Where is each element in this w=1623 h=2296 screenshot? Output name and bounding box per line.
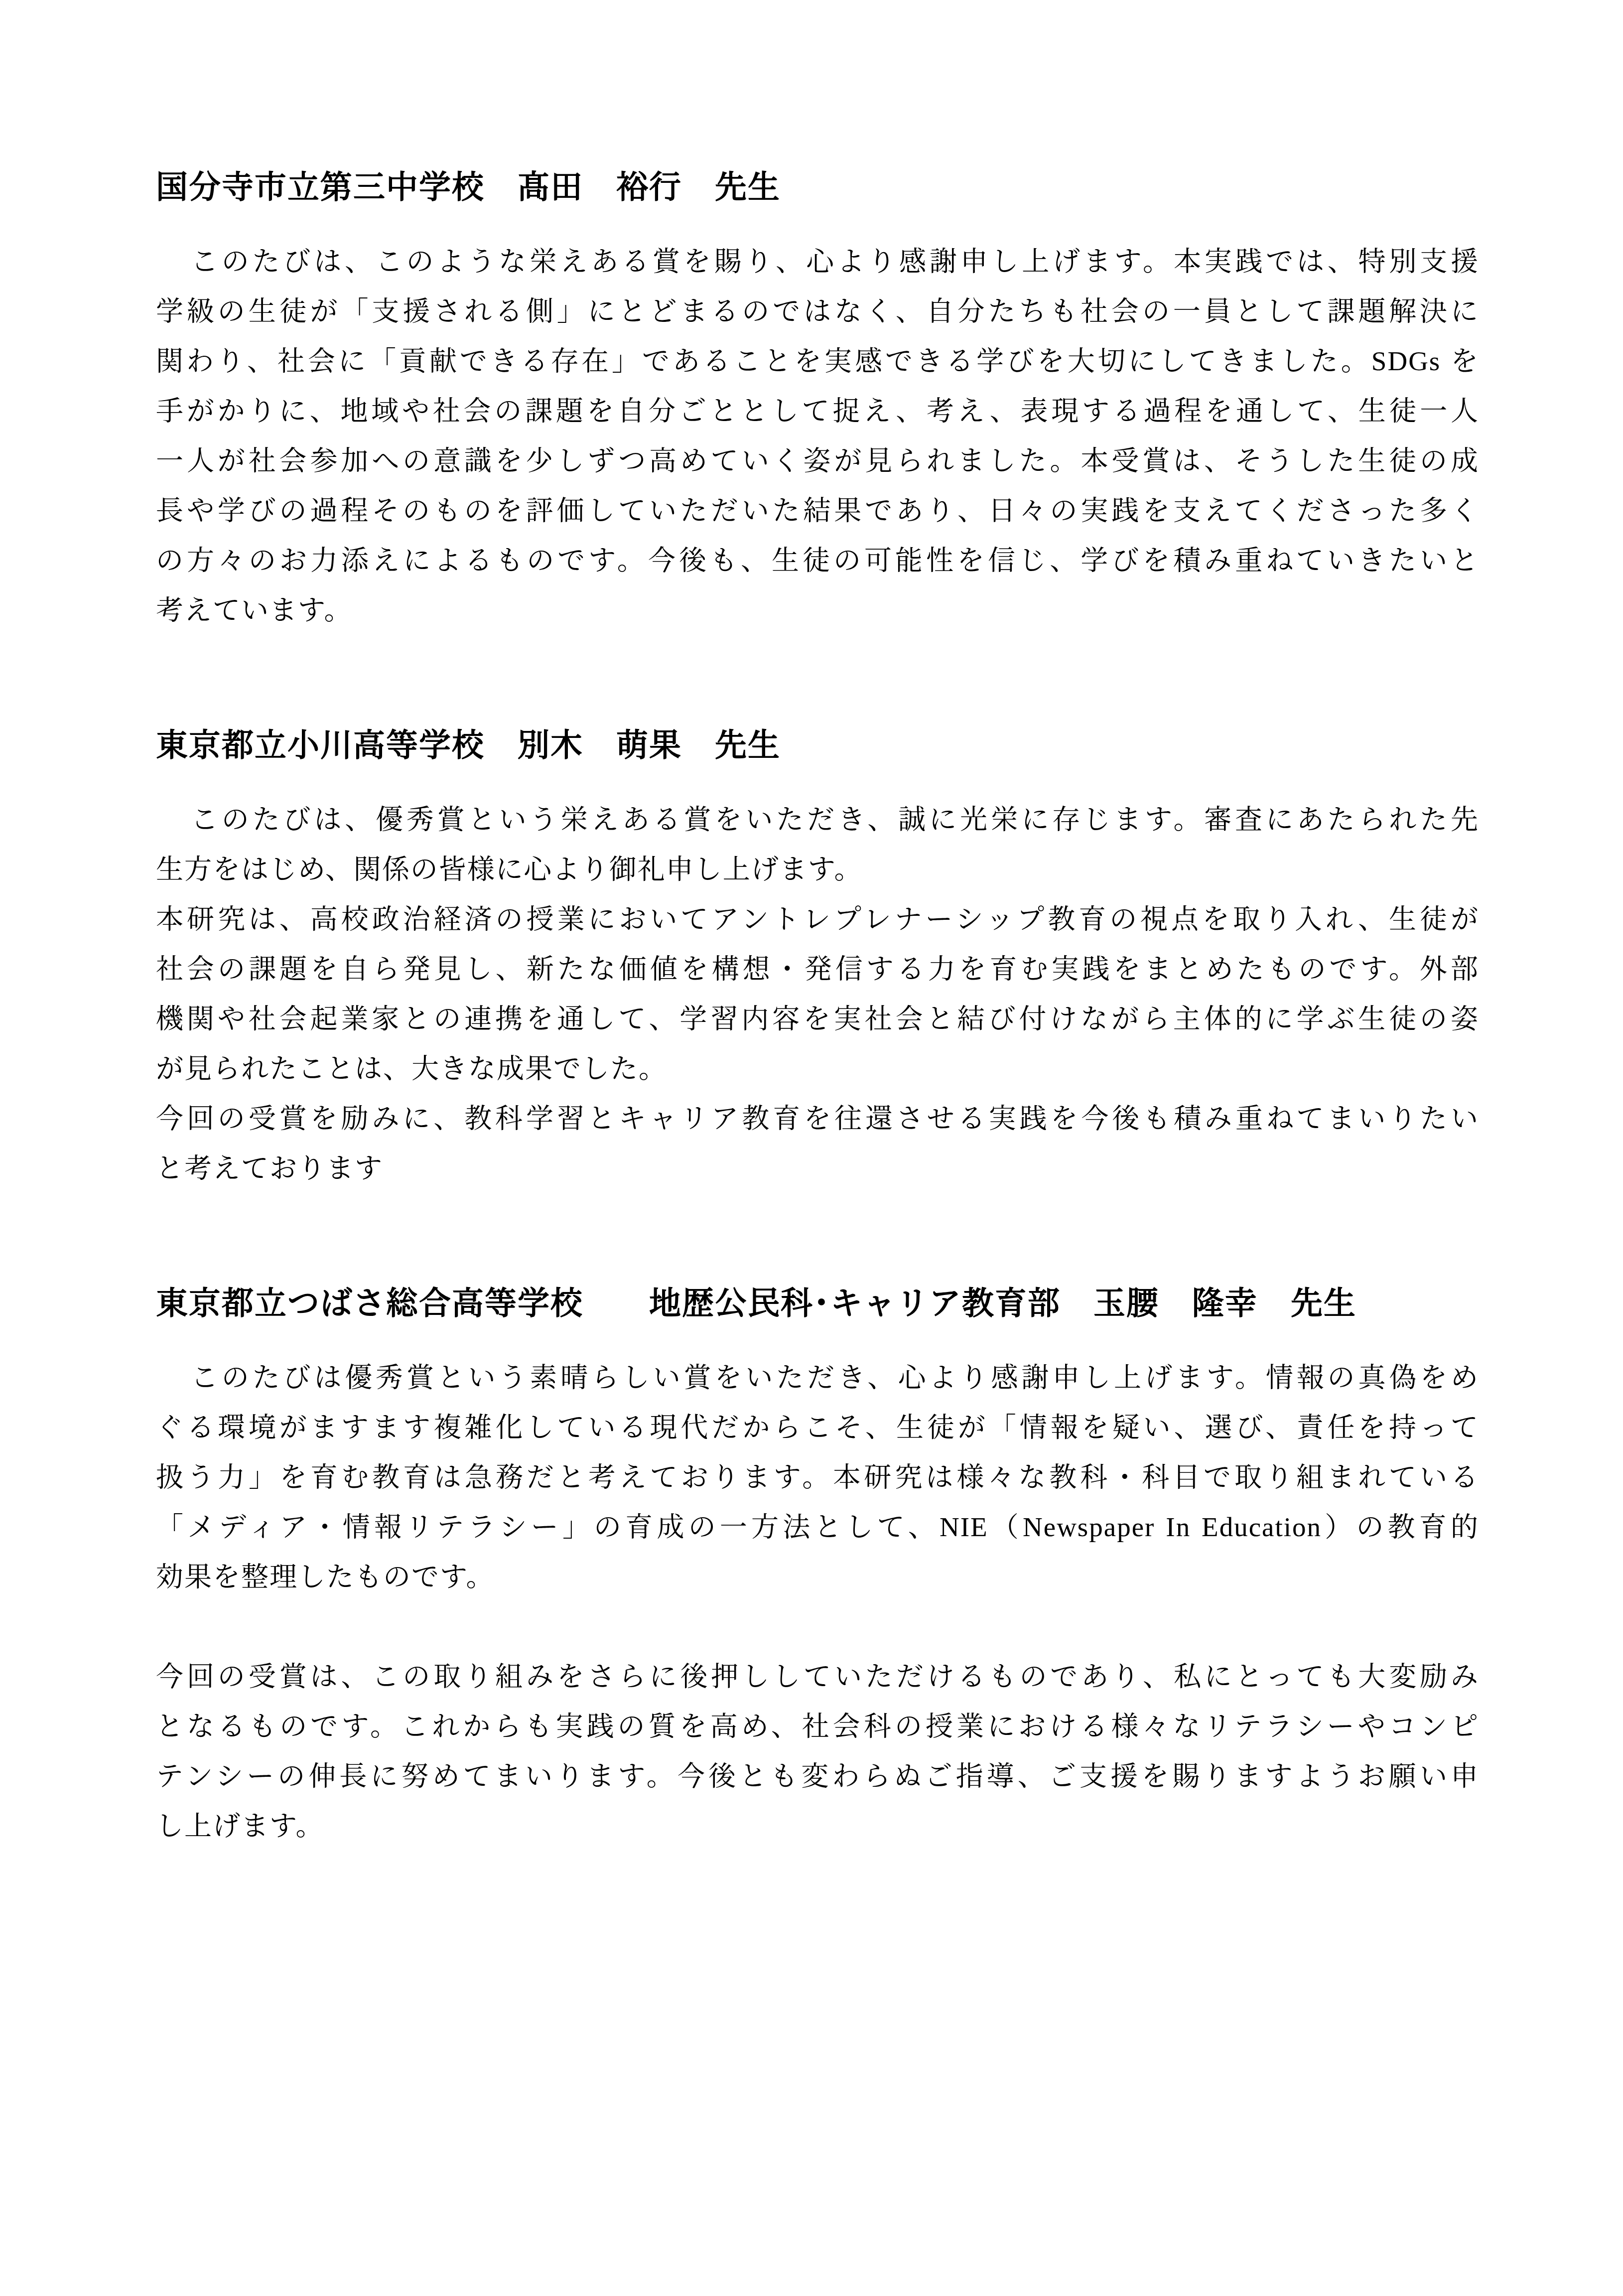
text-line: 効果を整理したものです。: [156, 1552, 1479, 1602]
text-line: 手がかりに、地域や社会の課題を自分ごととして捉え、考え、表現する過程を通して、生…: [156, 386, 1479, 436]
text-line: 長や学びの過程そのものを評価していただいた結果であり、日々の実践を支えてくださっ…: [156, 486, 1479, 536]
text-line: テンシーの伸長に努めてまいります。今後とも変わらぬご指導、ご支援を賜りますようお…: [156, 1751, 1479, 1801]
text-line: 学級の生徒が「支援される側」にとどまるのではなく、自分たちも社会の一員として課題…: [156, 287, 1479, 336]
paragraph: このたびは優秀賞という素晴らしい賞をいただき、心より感謝申し上げます。情報の真偽…: [156, 1353, 1479, 1602]
text-line: となるものです。これからも実践の質を高め、社会科の授業における様々なリテラシーや…: [156, 1702, 1479, 1751]
text-line: し上げます。: [156, 1801, 1479, 1851]
section-tsubasa: 東京都立つばさ総合高等学校 地歴公民科･キャリア教育部 玉腰 隆幸 先生 このた…: [156, 1278, 1479, 1851]
text-line: 今回の受賞を励みに、教科学習とキャリア教育を往還させる実践を今後も積み重ねてまい…: [156, 1094, 1479, 1144]
text-line: このたびは優秀賞という素晴らしい賞をいただき、心より感謝申し上げます。情報の真偽…: [156, 1353, 1479, 1403]
text-line: 一人が社会参加への意識を少しずつ高めていく姿が見られました。本受賞は、そうした生…: [156, 436, 1479, 486]
section-heading: 東京都立つばさ総合高等学校 地歴公民科･キャリア教育部 玉腰 隆幸 先生: [156, 1278, 1479, 1328]
text-line: が見られたことは、大きな成果でした。: [156, 1044, 1479, 1094]
section-ogawa: 東京都立小川高等学校 別木 萌果 先生 このたびは、優秀賞という栄えある賞をいた…: [156, 720, 1479, 1193]
section-heading: 東京都立小川高等学校 別木 萌果 先生: [156, 720, 1479, 770]
text-line: このたびは、このような栄えある賞を賜り、心より感謝申し上げます。本実践では、特別…: [156, 237, 1479, 287]
text-line: 扱う力」を育む教育は急務だと考えております。本研究は様々な教科・科目で取り組まれ…: [156, 1452, 1479, 1502]
paragraph: 本研究は、高校政治経済の授業においてアントレプレナーシップ教育の視点を取り入れ、…: [156, 894, 1479, 1094]
paragraph: 今回の受賞を励みに、教科学習とキャリア教育を往還させる実践を今後も積み重ねてまい…: [156, 1094, 1479, 1193]
text-line: 生方をはじめ、関係の皆様に心より御礼申し上げます。: [156, 845, 1479, 894]
text-line: の方々のお力添えによるものです。今後も、生徒の可能性を信じ、学びを積み重ねていき…: [156, 536, 1479, 585]
text-line: 本研究は、高校政治経済の授業においてアントレプレナーシップ教育の視点を取り入れ、…: [156, 894, 1479, 944]
paragraph: このたびは、このような栄えある賞を賜り、心より感謝申し上げます。本実践では、特別…: [156, 237, 1479, 635]
paragraph: 今回の受賞は、この取り組みをさらに後押ししていただけるものであり、私にとっても大…: [156, 1652, 1479, 1851]
paragraph: このたびは、優秀賞という栄えある賞をいただき、誠に光栄に存じます。審査にあたられ…: [156, 795, 1479, 894]
text-line: と考えております: [156, 1144, 1479, 1193]
text-line: ぐる環境がますます複雑化している現代だからこそ、生徒が「情報を疑い、選び、責任を…: [156, 1403, 1479, 1452]
document-page: 国分寺市立第三中学校 髙田 裕行 先生 このたびは、このような栄えある賞を賜り、…: [0, 0, 1623, 2296]
text-line: 「メディア・情報リテラシー」の育成の一方法として、NIE（Newspaper I…: [156, 1502, 1479, 1552]
text-line: 今回の受賞は、この取り組みをさらに後押ししていただけるものであり、私にとっても大…: [156, 1652, 1479, 1702]
text-line: 考えています。: [156, 585, 1479, 635]
text-line: 関わり、社会に「貢献できる存在」であることを実感できる学びを大切にしてきました。…: [156, 336, 1479, 386]
text-line: 機関や社会起業家との連携を通して、学習内容を実社会と結び付けながら主体的に学ぶ生…: [156, 994, 1479, 1044]
section-kokubunji: 国分寺市立第三中学校 髙田 裕行 先生 このたびは、このような栄えある賞を賜り、…: [156, 162, 1479, 635]
document-content: 国分寺市立第三中学校 髙田 裕行 先生 このたびは、このような栄えある賞を賜り、…: [156, 162, 1479, 1851]
text-line: このたびは、優秀賞という栄えある賞をいただき、誠に光栄に存じます。審査にあたられ…: [156, 795, 1479, 845]
section-heading: 国分寺市立第三中学校 髙田 裕行 先生: [156, 162, 1479, 212]
text-line: 社会の課題を自ら発見し、新たな価値を構想・発信する力を育む実践をまとめたものです…: [156, 944, 1479, 994]
